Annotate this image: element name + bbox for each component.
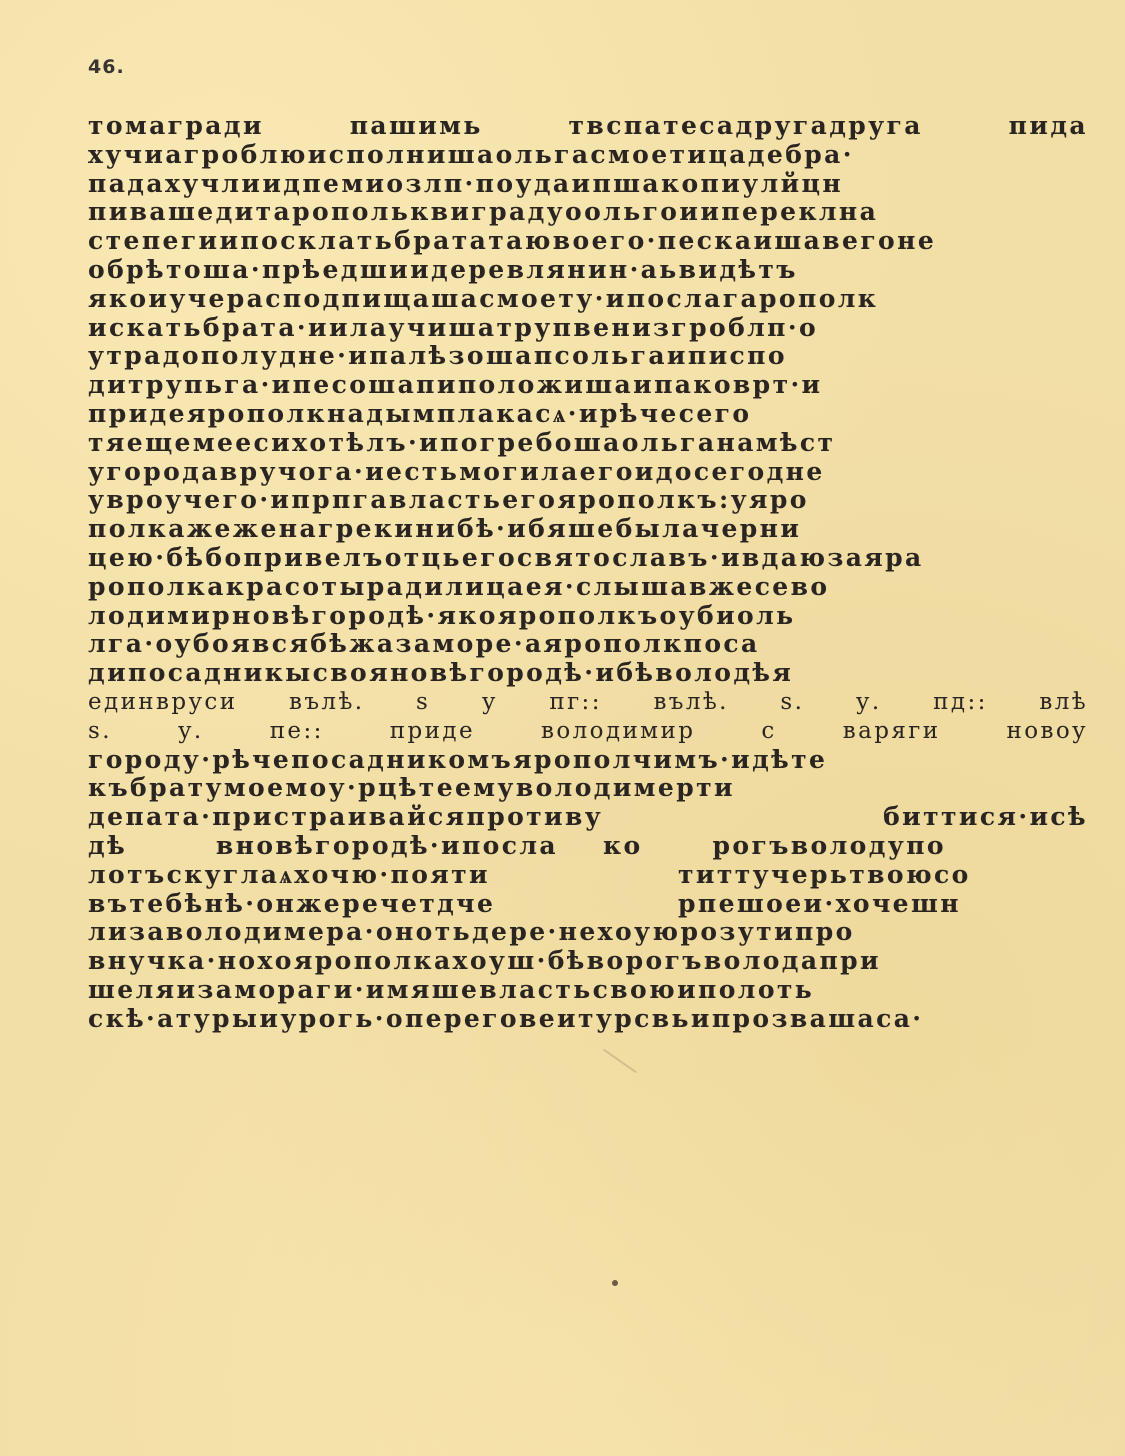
manuscript-line: якоиучерасподпищашасмоету·ипослагарополк	[88, 285, 1088, 314]
manuscript-line: падахучлиидпемиозлп·поудаипшакопиулйцн	[88, 170, 1088, 199]
manuscript-line: утрадополудне·ипалѣзошапсольгаиписпо	[88, 342, 1088, 371]
line-text: лизаволодимера·онотьдере·нехоуюрозутипро	[88, 918, 1088, 947]
manuscript-text-block: томагради пашимь твспатесадругадруга пид…	[88, 112, 1088, 1034]
manuscript-line: пивашедитаропольквиградуоольгоиипереклна	[88, 198, 1088, 227]
manuscript-line: угородавручога·иестьмогилаегоидосегодне	[88, 458, 1088, 487]
manuscript-line: томагради пашимь твспатесадругадруга пид…	[88, 112, 1088, 141]
line-text: полкажеженагрекинибѣ·ибяшебылачерни	[88, 515, 1088, 544]
line-text-segment: рогъволодупо	[713, 832, 946, 861]
manuscript-line: придеярополкнадымплакасѧ·ирѣчесего	[88, 400, 1088, 429]
line-text: падахучлиидпемиозлп·поудаипшакопиулйцн	[88, 170, 1088, 199]
line-text: хучиагроблюисполнишаольгасмоетицадебра·	[88, 141, 1088, 170]
line-text: рополкакрасотырадилицаея·слышавжесево	[88, 573, 1088, 602]
line-text: лга·оубоявсябѣжазаморе·аярополкпоса	[88, 630, 1088, 659]
line-text: къбратумоемоу·рцѣтеемуволодимерти	[88, 774, 1088, 803]
line-text: томагради пашимь твспатесадругадруга пид…	[88, 112, 1088, 141]
line-text: обрѣтоша·прѣедшиидеревлянин·аьвидѣтъ	[88, 256, 1088, 285]
manuscript-line: скѣ·атурыиурогь·опереговеитурсвьипрозваш…	[88, 1005, 1088, 1034]
line-text: городу·рѣчепосадникомъярополчимъ·идѣте	[88, 746, 1088, 775]
line-text: шеляизамораги·имяшевластьсвоюиполоть	[88, 976, 1088, 1005]
paper-crease	[603, 1049, 637, 1074]
manuscript-line: депата·пристраивайсяпротиву биттися·исѣ	[88, 803, 1088, 832]
line-text: ѕ. у. пе:: Приде володимир с варяги ново…	[88, 717, 1088, 746]
line-text-segment: лотъскуглаѧхочю·пояти	[88, 861, 528, 890]
line-text: дитрупьга·ипесошапиположишаипаковрт·и	[88, 371, 1088, 400]
line-text: искатьбрата·иилаучишатрупвенизгроблп·о	[88, 314, 1088, 343]
line-text-segment: ко	[603, 832, 643, 861]
manuscript-line: степегиипосклатьбрататаювоего·пескаишаве…	[88, 227, 1088, 256]
manuscript-line: лга·оубоявсябѣжазаморе·аярополкпоса	[88, 630, 1088, 659]
line-text: утрадополудне·ипалѣзошапсольгаиписпо	[88, 342, 1088, 371]
line-text: пивашедитаропольквиградуоольгоиипереклна	[88, 198, 1088, 227]
manuscript-line: къбратумоемоу·рцѣтеемуволодимерти	[88, 774, 1088, 803]
manuscript-line: лотъскуглаѧхочю·поятититтучерьтвоюсо	[88, 861, 1088, 890]
manuscript-line: уврoучего·ипрпгавластьегоярополкъ:уяро	[88, 486, 1088, 515]
line-text: тяещемеесихотѣлъ·ипогребошаольганамѣст	[88, 429, 1088, 458]
line-text: скѣ·атурыиурогь·опереговеитурсвьипрозваш…	[88, 1005, 1088, 1034]
manuscript-line: ѕ. у. пе:: Приде володимир с варяги ново…	[88, 717, 1088, 746]
manuscript-line: единвруси вълѣ. ѕ у пг:: вълѣ. ѕ. у. пд:…	[88, 688, 1088, 717]
manuscript-line: полкажеженагрекинибѣ·ибяшебылачерни	[88, 515, 1088, 544]
manuscript-line: внучка·нохоярополкахоуш·бѣворогъволодапр…	[88, 947, 1088, 976]
manuscript-line: обрѣтоша·прѣедшиидеревлянин·аьвидѣтъ	[88, 256, 1088, 285]
line-text-segment: рпешоеи·хочешн	[678, 890, 961, 919]
manuscript-line: лодимирновѣгородѣ·якоярополкъоубиоль	[88, 602, 1088, 631]
manuscript-line: искатьбрата·иилаучишатрупвенизгроблп·о	[88, 314, 1088, 343]
ink-speck	[612, 1280, 618, 1286]
line-text: якоиучерасподпищашасмоету·ипослагарополк	[88, 285, 1088, 314]
line-text: степегиипосклатьбрататаювоего·пескаишаве…	[88, 227, 1088, 256]
line-text: угородавручога·иестьмогилаегоидосегодне	[88, 458, 1088, 487]
manuscript-line: дѣ вновѣгородѣ·ипослакорогъволодупо	[88, 832, 1088, 861]
line-text: придеярополкнадымплакасѧ·ирѣчесего	[88, 400, 1088, 429]
line-text: цею·бѣбопривелъотцьегосвятославъ·ивдаюза…	[88, 544, 1088, 573]
manuscript-line: дитрупьга·ипесошапиположишаипаковрт·и	[88, 371, 1088, 400]
line-text-segment: титтучерьтвоюсо	[678, 861, 971, 890]
line-text: дипосадникысвояновѣгородѣ·ибѣволодѣя	[88, 659, 1088, 688]
page-number: 46.	[88, 56, 125, 78]
line-text: уврoучего·ипрпгавластьегоярополкъ:уяро	[88, 486, 1088, 515]
line-text-segment: дѣ вновѣгородѣ·ипосла	[88, 832, 558, 861]
manuscript-line: городу·рѣчепосадникомъярополчимъ·идѣте	[88, 746, 1088, 775]
manuscript-line: дипосадникысвояновѣгородѣ·ибѣволодѣя	[88, 659, 1088, 688]
manuscript-line: шеляизамораги·имяшевластьсвоюиполоть	[88, 976, 1088, 1005]
manuscript-line: вътебѣнѣ·онжеречетдчерпешоеи·хочешн	[88, 890, 1088, 919]
manuscript-line: тяещемеесихотѣлъ·ипогребошаольганамѣст	[88, 429, 1088, 458]
line-text: внучка·нохоярополкахоуш·бѣворогъволодапр…	[88, 947, 1088, 976]
manuscript-line: лизаволодимера·онотьдере·нехоуюрозутипро	[88, 918, 1088, 947]
line-text: лодимирновѣгородѣ·якоярополкъоубиоль	[88, 602, 1088, 631]
line-text: депата·пристраивайсяпротиву биттися·исѣ	[88, 803, 1088, 832]
manuscript-line: рополкакрасотырадилицаея·слышавжесево	[88, 573, 1088, 602]
manuscript-line: хучиагроблюисполнишаольгасмоетицадебра·	[88, 141, 1088, 170]
manuscript-line: цею·бѣбопривелъотцьегосвятославъ·ивдаюза…	[88, 544, 1088, 573]
line-text: единвруси вълѣ. ѕ у пг:: вълѣ. ѕ. у. пд:…	[88, 688, 1088, 717]
line-text-segment: вътебѣнѣ·онжеречетдче	[88, 890, 508, 919]
